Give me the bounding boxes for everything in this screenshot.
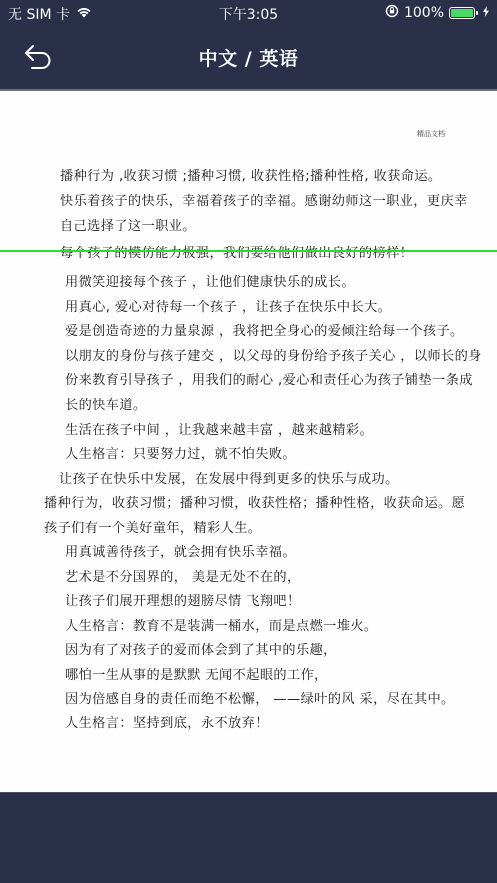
document-line: 自己选择了这一职业。 <box>60 215 196 234</box>
document-header-mark: 精品文档 <box>417 129 445 139</box>
document-line: 哪怕一生从事的是默默 无闻不起眼的工作， <box>65 664 328 683</box>
document-line: 人生格言：坚持到底，永不放弃！ <box>65 712 269 731</box>
document-line: 因为倍感自身的责任而绝不松懈， ——绿叶的风 采，尽在其中。 <box>65 688 455 707</box>
bottom-bar <box>0 792 497 883</box>
document-line: 孩子们有一个美好童年，精彩人生。 <box>44 517 261 536</box>
document-line: 份来教育引导孩子 ，用我们的耐心 ,爱心和责任心为孩子铺垫一条成 <box>65 369 473 388</box>
document-line: 因为有了对孩子的爱而体会到了其中的乐趣， <box>65 639 337 658</box>
battery-level <box>451 9 473 17</box>
document-line: 长的快车道。 <box>65 394 147 413</box>
document-line: 以朋友的身份与孩子建交 ，以父母的身份给予孩子关心 ，以师长的身 <box>65 345 482 364</box>
page-title: 中文 / 英语 <box>0 44 497 71</box>
document-line: 用微笑迎接每个孩子 ，让他们健康快乐的成长。 <box>65 271 355 290</box>
status-bar: 无 SIM 卡 下午3:05 100% <box>0 0 497 26</box>
document-line: 用真诚善待孩子，就会拥有快乐幸福。 <box>65 541 296 560</box>
document-line: 生活在孩子中间 ，让我越来越丰富 ，越来越精彩。 <box>65 419 373 438</box>
charging-bolt-icon <box>483 5 489 21</box>
orientation-lock-icon <box>385 4 399 22</box>
document-line: 让孩子们展开理想的翅膀尽情 飞翔吧！ <box>65 590 301 609</box>
scan-line <box>0 250 497 252</box>
document-line: 艺术是不分国界的， 美是无处不在的， <box>65 566 301 585</box>
document-line: 播种行为，收获习惯；播种习惯，收获性格；播种性格，收获命运。愿 <box>44 492 465 511</box>
document-line: 人生格言：只要努力过，就不怕失败。 <box>65 443 296 462</box>
navigation-bar: 中文 / 英语 <box>0 26 497 90</box>
document-line: 快乐着孩子的快乐，幸福着孩子的幸福。感谢幼师这一职业，更庆幸 <box>60 190 468 209</box>
status-right: 100% <box>385 4 489 22</box>
document-preview: 精品文档 播种行为 ,收获习惯 ;播种习惯, 收获性格;播种性格, 收获命运。快… <box>0 91 497 792</box>
battery-percent: 100% <box>404 5 444 21</box>
document-line: 让孩子在快乐中发展，在发展中得到更多的快乐与成功。 <box>59 468 399 487</box>
document-line: 人生格言：教育不是装满一桶水，而是点燃一堆火。 <box>65 615 378 634</box>
battery-icon <box>449 7 475 19</box>
document-line: 用真心, 爱心对待每一个孩子 ，让孩子在快乐中长大。 <box>65 296 391 315</box>
document-line: 播种行为 ,收获习惯 ;播种习惯, 收获性格;播种性格, 收获命运。 <box>60 165 442 184</box>
document-line: 爱是创造奇迹的力量泉源 ，我将把全身心的爱倾注给每一个孩子。 <box>65 320 464 339</box>
